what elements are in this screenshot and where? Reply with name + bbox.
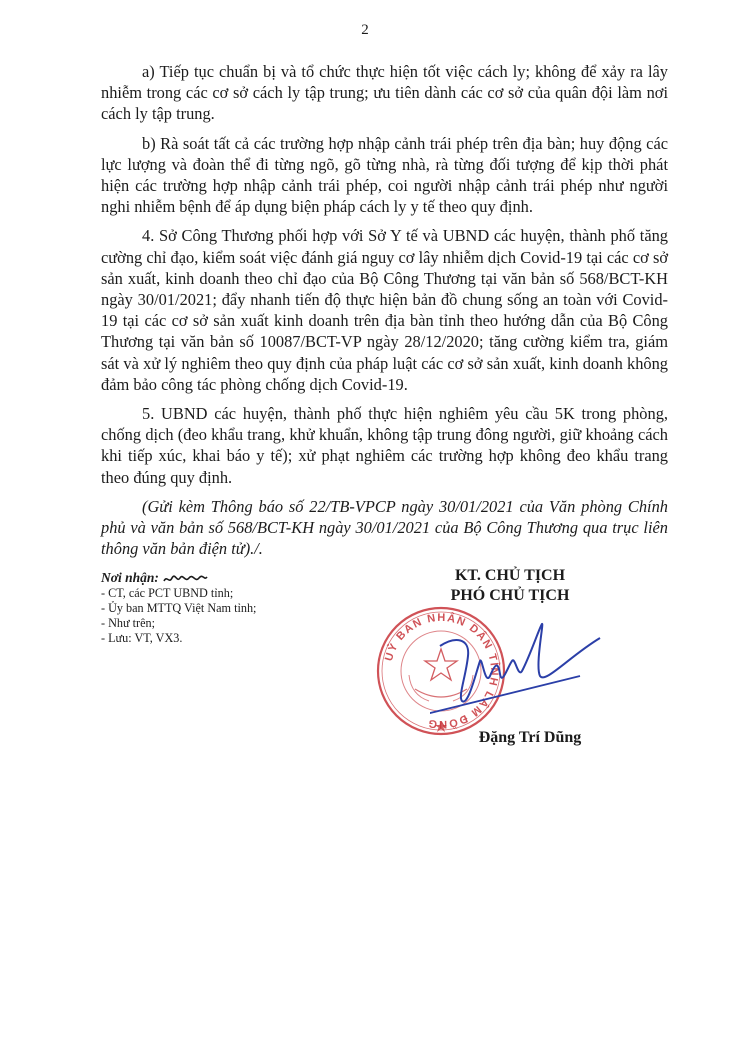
signature-title-line2: PHÓ CHỦ TỊCH — [390, 586, 630, 606]
document-body: a) Tiếp tục chuẩn bị và tổ chức thực hiệ… — [101, 61, 668, 567]
handwritten-signature-icon — [430, 616, 630, 726]
recipients-heading: Nơi nhận: — [101, 570, 159, 585]
page-number: 2 — [0, 22, 730, 39]
recipients-list: Nơi nhận: - CT, các PCT UBND tỉnh; - Ủy … — [101, 570, 256, 646]
recipient-item: - Như trên; — [101, 616, 256, 631]
paragraph-4: 4. Sở Công Thương phối hợp với Sở Y tế v… — [101, 225, 668, 395]
recipient-item: - Lưu: VT, VX3. — [101, 631, 256, 646]
signer-name: Đặng Trí Dũng — [455, 729, 605, 747]
paragraph-5: 5. UBND các huyện, thành phố thực hiện n… — [101, 403, 668, 488]
paragraph-b: b) Rà soát tất cả các trường hợp nhập cả… — [101, 133, 668, 218]
initials-scribble-icon — [162, 573, 208, 585]
signature-title-block: KT. CHỦ TỊCH PHÓ CHỦ TỊCH — [390, 566, 630, 606]
recipient-item: - Ủy ban MTTQ Việt Nam tỉnh; — [101, 601, 256, 616]
recipient-item: - CT, các PCT UBND tỉnh; — [101, 586, 256, 601]
paragraph-a: a) Tiếp tục chuẩn bị và tổ chức thực hiệ… — [101, 61, 668, 125]
signature-title-line1: KT. CHỦ TỊCH — [390, 566, 630, 586]
recipients-heading-row: Nơi nhận: — [101, 570, 256, 585]
attachment-note: (Gửi kèm Thông báo số 22/TB-VPCP ngày 30… — [101, 496, 668, 560]
